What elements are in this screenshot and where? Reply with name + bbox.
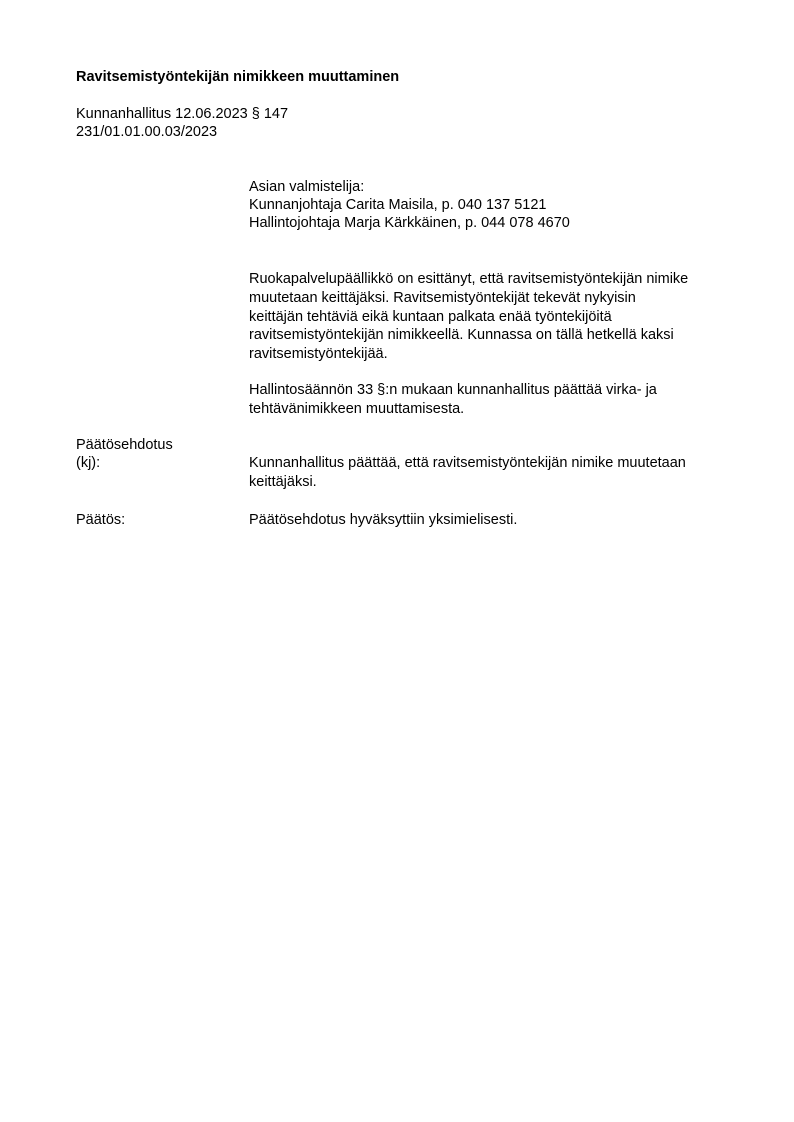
decision-text: Päätösehdotus hyväksyttiin yksimielisest… <box>249 511 517 530</box>
document-title: Ravitsemistyöntekijän nimikkeen muuttami… <box>76 68 399 87</box>
paragraph-line: keittäjäksi. <box>249 473 739 492</box>
proposal-text: Kunnanhallitus päättää, että ravitsemist… <box>249 454 739 492</box>
preparers-heading: Asian valmistelija: <box>249 178 364 197</box>
paragraph-line: Ruokapalvelupäällikkö on esittänyt, että… <box>249 270 739 289</box>
body-paragraph: Hallintosäännön 33 §:n mukaan kunnanhall… <box>249 381 739 419</box>
paragraph-line: tehtävänimikkeen muuttamisesta. <box>249 400 739 419</box>
paragraph-line: Kunnanhallitus päättää, että ravitsemist… <box>249 454 739 473</box>
paragraph-line: muutetaan keittäjäksi. Ravitsemistyöntek… <box>249 289 739 308</box>
preparer-line: Kunnanjohtaja Carita Maisila, p. 040 137… <box>249 196 546 215</box>
body-paragraph: Ruokapalvelupäällikkö on esittänyt, että… <box>249 270 739 364</box>
meeting-line: Kunnanhallitus 12.06.2023 § 147 <box>76 105 288 124</box>
paragraph-line: Hallintosäännön 33 §:n mukaan kunnanhall… <box>249 381 739 400</box>
decision-label: Päätös: <box>76 511 125 530</box>
paragraph-line: ravitsemistyöntekijää. <box>249 345 739 364</box>
proposal-label: Päätösehdotus <box>76 436 173 455</box>
preparer-line: Hallintojohtaja Marja Kärkkäinen, p. 044… <box>249 214 570 233</box>
proposal-label-suffix: (kj): <box>76 454 100 473</box>
paragraph-line: keittäjän tehtäviä eikä kuntaan palkata … <box>249 308 739 327</box>
paragraph-line: ravitsemistyöntekijän nimikkeellä. Kunna… <box>249 326 739 345</box>
record-number: 231/01.01.00.03/2023 <box>76 123 217 142</box>
